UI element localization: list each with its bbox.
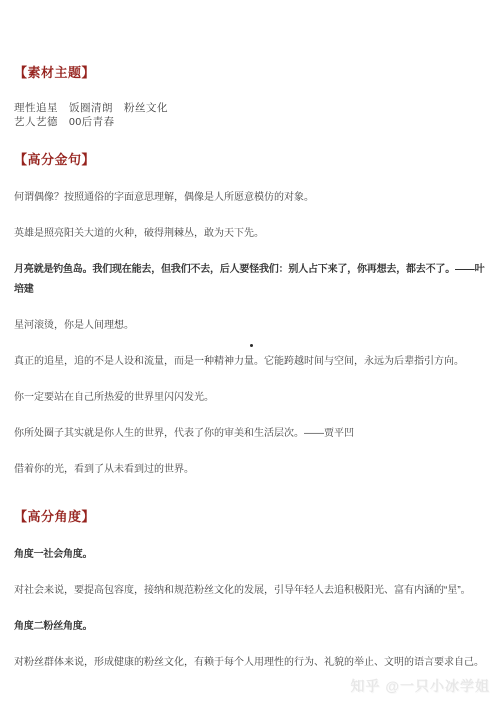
stray-dot-mark: [250, 344, 253, 347]
section-title-golden-sentences: 【高分金句】: [14, 153, 486, 167]
paragraph-angle-two-heading: 角度二粉丝角度。: [14, 617, 486, 637]
paragraph-idol-definition: 何谓偶像？按照通俗的字面意思理解，偶像是人所愿意模仿的对象。: [14, 188, 486, 208]
section-golden-sentences: 【高分金句】 何谓偶像？按照通俗的字面意思理解，偶像是人所愿意模仿的对象。 英雄…: [14, 153, 486, 480]
section-high-score-angles: 【高分角度】 角度一社会角度。 对社会来说，要提高包容度，接纳和规范粉丝文化的发…: [14, 510, 486, 673]
paragraph-angle-two-body: 对粉丝群体来说，形成健康的粉丝文化，有赖于每个人用理性的行为、礼貌的举止、文明的…: [14, 653, 486, 673]
paragraph-angle-one-heading: 角度一社会角度。: [14, 545, 486, 565]
paragraph-light-quote: 借着你的光，看到了从未看到过的世界。: [14, 460, 486, 480]
paragraph-circle-quote: 你所处圈子其实就是你人生的世界，代表了你的审美和生活层次。——贾平凹: [14, 424, 486, 444]
paragraph-angle-one-body: 对社会来说，要提高包容度，接纳和规范粉丝文化的发展，引导年轻人去追积极阳光、富有…: [14, 581, 486, 601]
section-title-material-topics: 【素材主题】: [14, 66, 486, 80]
paragraph-moon-quote: 月亮就是钓鱼岛。我们现在能去，但我们不去，后人要怪我们：别人占下来了，你再想去，…: [14, 260, 486, 300]
keyword-line-1: 理性追星 饭圈清朗 粉丝文化: [14, 101, 486, 115]
keyword-line-2: 艺人艺德 00后青春: [14, 115, 486, 129]
paragraph-galaxy-quote: 星河滚烫，你是人间理想。: [14, 316, 486, 336]
section-material-topics: 【素材主题】 理性追星 饭圈清朗 粉丝文化 艺人艺德 00后青春: [14, 66, 486, 129]
paragraph-true-fandom-quote: 真正的追星，追的不是人设和流量，而是一种精神力量。它能跨越时间与空间，永远为后辈…: [14, 352, 486, 372]
zhihu-watermark: 知乎 @一只小冰学姐: [350, 676, 490, 696]
section-title-high-score-angles: 【高分角度】: [14, 510, 486, 524]
document-page: 【素材主题】 理性追星 饭圈清朗 粉丝文化 艺人艺德 00后青春 【高分金句】 …: [0, 0, 500, 707]
paragraph-shine-quote: 你一定要站在自己所热爱的世界里闪闪发光。: [14, 388, 486, 408]
paragraph-hero-quote: 英雄是照亮阳关大道的火种，破得荆棘丛，敢为天下先。: [14, 224, 486, 244]
